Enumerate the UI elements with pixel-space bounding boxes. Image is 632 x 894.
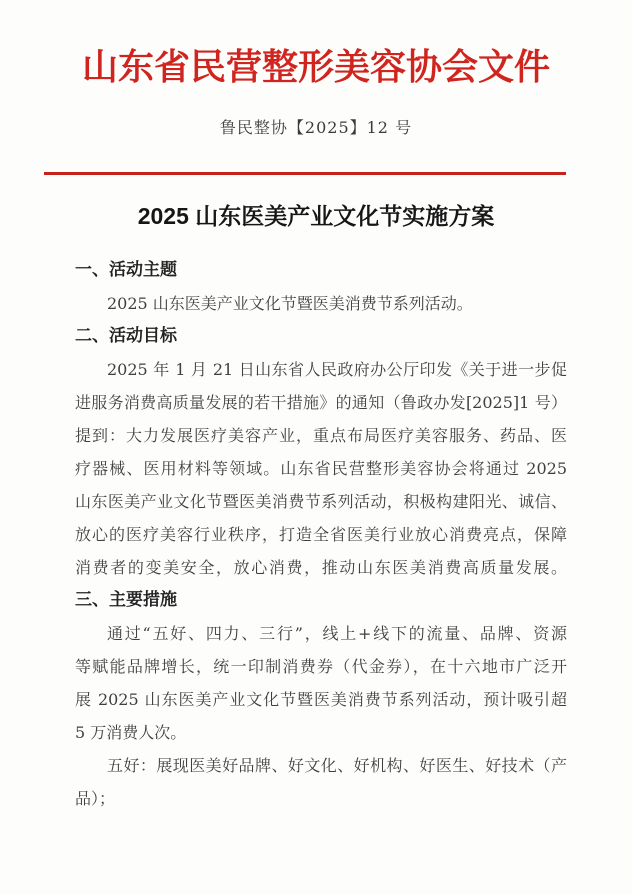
body-text-line: 等赋能品牌增长，统一印制消费券（代金券），在十六地市广泛开 <box>75 650 567 683</box>
body-text-line: 疗器械、医用材料等领域。山东省民营整形美容协会将通过 2025 <box>75 452 567 485</box>
red-divider-line <box>44 172 566 175</box>
body-text-line: 5 万消费人次。 <box>75 716 567 749</box>
body-text-line: 提到：大力发展医疗美容产业，重点布局医疗美容服务、药品、医 <box>75 419 567 452</box>
body-text-line: 品）； <box>75 782 567 815</box>
body-text-line: 放心的医疗美容行业秩序，打造全省医美行业放心消费亮点，保障 <box>75 518 567 551</box>
body-text-line: 五好：展现医美好品牌、好文化、好机构、好医生、好技术（产 <box>75 749 567 782</box>
document-body: 一、活动主题 2025 山东医美产业文化节暨医美消费节系列活动。 二、活动目标 … <box>75 254 567 815</box>
body-text-line: 山东医美产业文化节暨医美消费节系列活动，积极构建阳光、诚信、 <box>75 485 567 518</box>
body-text-line: 2025 年 1 月 21 日山东省人民政府办公厅印发《关于进一步促 <box>75 353 567 386</box>
document-title: 2025 山东医美产业文化节实施方案 <box>0 199 632 233</box>
section-heading-main-measures: 三、主要措施 <box>75 584 567 617</box>
body-text-line: 展 2025 山东医美产业文化节暨医美消费节系列活动，预计吸引超 <box>75 683 567 716</box>
section-heading-activity-theme: 一、活动主题 <box>75 254 567 287</box>
section-heading-activity-goals: 二、活动目标 <box>75 320 567 353</box>
body-text-line: 通过“五好、四力、三行”，线上+线下的流量、品牌、资源 <box>75 617 567 650</box>
body-text-line: 消费者的变美安全，放心消费，推动山东医美消费高质量发展。 <box>75 551 567 584</box>
letterhead-title: 山东省民营整形美容协会文件 <box>0 0 632 92</box>
document-number: 鲁民整协【2025】12 号 <box>0 118 632 138</box>
body-text-line: 2025 山东医美产业文化节暨医美消费节系列活动。 <box>75 287 567 320</box>
body-text-line: 进服务消费高质量发展的若干措施》的通知（鲁政办发[2025]1 号） <box>75 386 567 419</box>
document-page: 山东省民营整形美容协会文件 鲁民整协【2025】12 号 2025 山东医美产业… <box>0 0 632 894</box>
